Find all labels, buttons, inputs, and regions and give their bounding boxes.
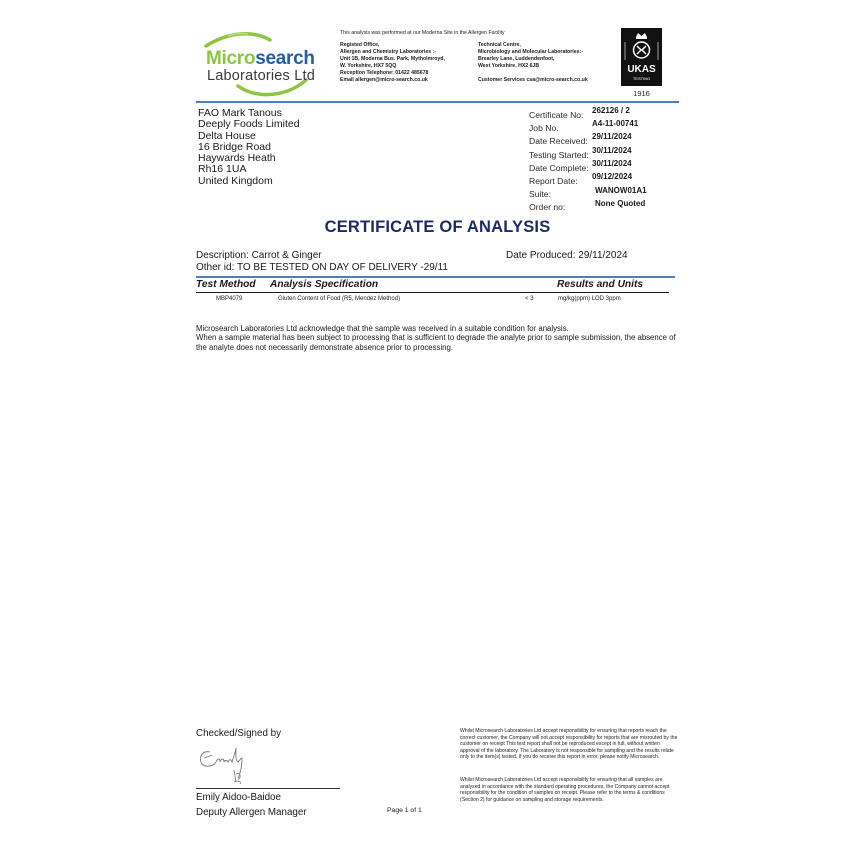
recipient-address: FAO Mark TanousDeeply Foods LimitedDelta… <box>198 108 300 187</box>
address-line: Deeply Foods Limited <box>198 119 300 130</box>
ukas-badge: UKAS TESTING <box>621 28 662 86</box>
certificate-field-value: 29/11/2024 <box>592 132 632 141</box>
certificate-field-value: 30/11/2024 <box>592 146 632 155</box>
company-logo: Microsearch Laboratories Ltd <box>198 30 316 98</box>
sample-info: Description: Carrot & Ginger Other id: T… <box>196 250 448 274</box>
cell-method: MBP4079 <box>216 296 242 302</box>
certificate-field-label: Certificate No: <box>529 110 583 120</box>
certificate-field-value: 262126 / 2 <box>592 106 630 115</box>
note-condition: Microsearch Laboratories Ltd acknowledge… <box>196 324 676 333</box>
analysis-notes: Microsearch Laboratories Ltd acknowledge… <box>196 324 676 352</box>
page-number: Page 1 of 1 <box>387 807 422 814</box>
certificate-field-label: Date Received: <box>529 136 588 146</box>
certificate-field-value: 30/11/2024 <box>592 159 632 168</box>
svg-text:TESTING: TESTING <box>633 76 650 81</box>
registered-office-line: Email allergen@micro-search.co.uk <box>340 77 445 84</box>
certificate-field-label: Report Date: <box>529 176 578 186</box>
cell-result: < 3 <box>525 296 534 302</box>
technical-centre-block: Technical Centre,Microbiology and Molecu… <box>478 42 583 70</box>
certificate-field-value: None Quoted <box>595 199 645 208</box>
signature-image <box>196 740 276 786</box>
signature-line <box>196 788 340 789</box>
registered-office-line: W. Yorkshire, HX7 5QQ <box>340 63 445 70</box>
certificate-field-label: Date Complete: <box>529 163 589 173</box>
signature-icon <box>196 740 276 786</box>
note-processing: When a sample material has been subject … <box>196 333 676 352</box>
address-line: United Kingdom <box>198 176 300 187</box>
logo-wordmark: Microsearch <box>206 48 315 70</box>
cell-spec: Gluten Content of Food (R5, Mendez Metho… <box>278 296 400 302</box>
ukas-number: 1916 <box>621 89 662 98</box>
certificate-field-label: Order no: <box>529 202 565 212</box>
technical-centre-line: Technical Centre, <box>478 42 583 49</box>
registered-office-block: Registed Office,Allergen and Chemistry L… <box>340 42 445 84</box>
sample-other-id: Other id: TO BE TESTED ON DAY OF DELIVER… <box>196 262 448 274</box>
certificate-field-value: A4-11-00741 <box>592 119 638 128</box>
performed-at-note: This analysis was performed at our Moder… <box>340 30 505 37</box>
date-produced: Date Produced: 29/11/2024 <box>506 250 628 261</box>
technical-centre-line: West Yorkshire, HX2 6JB <box>478 63 583 70</box>
certificate-field-value: 09/12/2024 <box>592 172 632 181</box>
table-header-divider <box>196 292 669 293</box>
technical-centre-line: Brearley Lane, Luddendenfoot, <box>478 56 583 63</box>
table-top-divider <box>196 276 675 278</box>
registered-office-line: Registed Office, <box>340 42 445 49</box>
certificate-field-label: Job No. <box>529 123 559 133</box>
svg-text:UKAS: UKAS <box>627 64 656 75</box>
checked-signed-label: Checked/Signed by <box>196 728 281 739</box>
ukas-crown-icon: UKAS TESTING <box>621 28 662 86</box>
technical-centre-line: Microbiology and Molecular Laboratories:… <box>478 49 583 56</box>
disclaimer-samples: Whilst Microsearch Laboratories Ltd acce… <box>460 777 680 803</box>
signer-role: Deputy Allergen Manager <box>196 807 307 818</box>
customer-services: Customer Services csa@micro-search.co.uk <box>478 77 588 84</box>
signer-name: Emily Aidoo-Baidoe <box>196 792 281 803</box>
logo-subtitle: Laboratories Ltd <box>207 68 315 84</box>
registered-office-line: Allergen and Chemistry Laboratories :- <box>340 49 445 56</box>
certificate-field-value: WANOW01A1 <box>595 186 647 195</box>
certificate-field-label: Testing Started: <box>529 150 589 160</box>
column-header-results: Results and Units <box>557 279 643 290</box>
column-header-analysis-spec: Analysis Specification <box>270 279 378 290</box>
header-divider <box>196 101 679 103</box>
cell-units: mg/kg(ppm) LOD 3ppm <box>558 296 621 302</box>
column-header-test-method: Test Method <box>196 279 256 290</box>
registered-office-line: Reception Telephone: 01422 485678 <box>340 70 445 77</box>
registered-office-line: Unit 1B, Moderna Bus. Park, Mytholmroyd, <box>340 56 445 63</box>
document-title: CERTIFICATE OF ANALYSIS <box>196 218 679 237</box>
disclaimer-reports: Whilst Microsearch Laboratories Ltd acce… <box>460 728 680 761</box>
certificate-field-label: Suite: <box>529 189 551 199</box>
sample-description: Description: Carrot & Ginger <box>196 250 448 262</box>
